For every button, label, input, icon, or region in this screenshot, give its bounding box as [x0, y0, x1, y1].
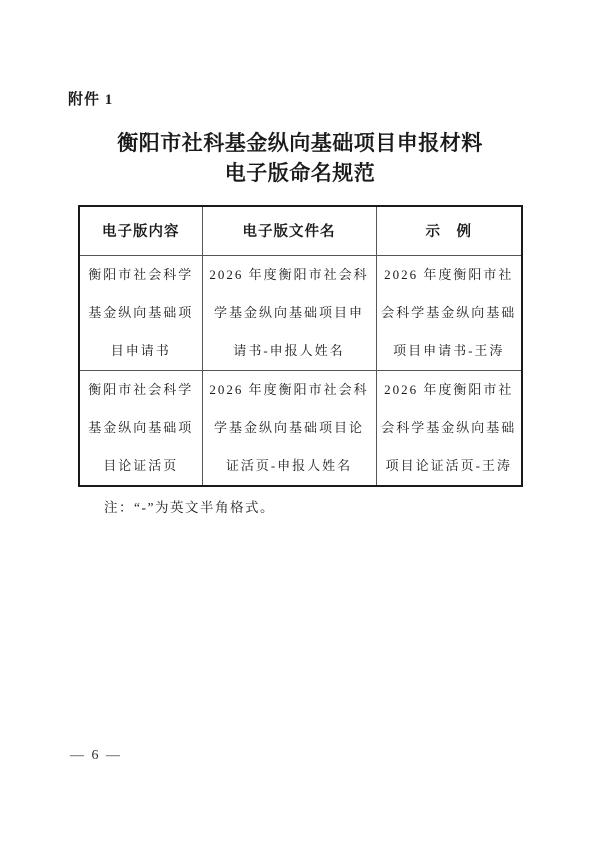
table-header-row: 电子版内容 电子版文件名 示 例 — [79, 206, 522, 255]
cell-application-filename: 2026 年度衡阳市社会科学基金纵向基础项目申请书-申报人姓名 — [202, 255, 376, 370]
cell-argument-content: 衡阳市社会科学基金纵向基础项目论证活页 — [79, 370, 202, 486]
page-number: — 6 — — [70, 748, 122, 764]
footnote: 注：“-”为英文半角格式。 — [104, 496, 275, 516]
cell-argument-example: 2026 年度衡阳市社会科学基金纵向基础项目论证活页-王涛 — [376, 370, 522, 486]
naming-spec-table: 电子版内容 电子版文件名 示 例 衡阳市社会科学基金纵向基础项目申请书 2026… — [78, 205, 523, 487]
header-cell-content: 电子版内容 — [79, 206, 202, 255]
attachment-label: 附件 1 — [68, 88, 113, 109]
document-page: 附件 1 衡阳市社科基金纵向基础项目申报材料 电子版命名规范 电子版内容 电子版… — [0, 0, 600, 848]
cell-application-content: 衡阳市社会科学基金纵向基础项目申请书 — [79, 255, 202, 370]
header-cell-example: 示 例 — [376, 206, 522, 255]
document-title: 衡阳市社科基金纵向基础项目申报材料 电子版命名规范 — [0, 128, 600, 188]
table-row-application-form: 衡阳市社会科学基金纵向基础项目申请书 2026 年度衡阳市社会科学基金纵向基础项… — [79, 255, 522, 370]
cell-application-example: 2026 年度衡阳市社会科学基金纵向基础项目申请书-王涛 — [376, 255, 522, 370]
document-title-line2: 电子版命名规范 — [0, 158, 600, 188]
cell-argument-filename: 2026 年度衡阳市社会科学基金纵向基础项目论证活页-申报人姓名 — [202, 370, 376, 486]
document-title-line1: 衡阳市社科基金纵向基础项目申报材料 — [0, 128, 600, 158]
table-row-argument-sheet: 衡阳市社会科学基金纵向基础项目论证活页 2026 年度衡阳市社会科学基金纵向基础… — [79, 370, 522, 486]
header-cell-filename: 电子版文件名 — [202, 206, 376, 255]
